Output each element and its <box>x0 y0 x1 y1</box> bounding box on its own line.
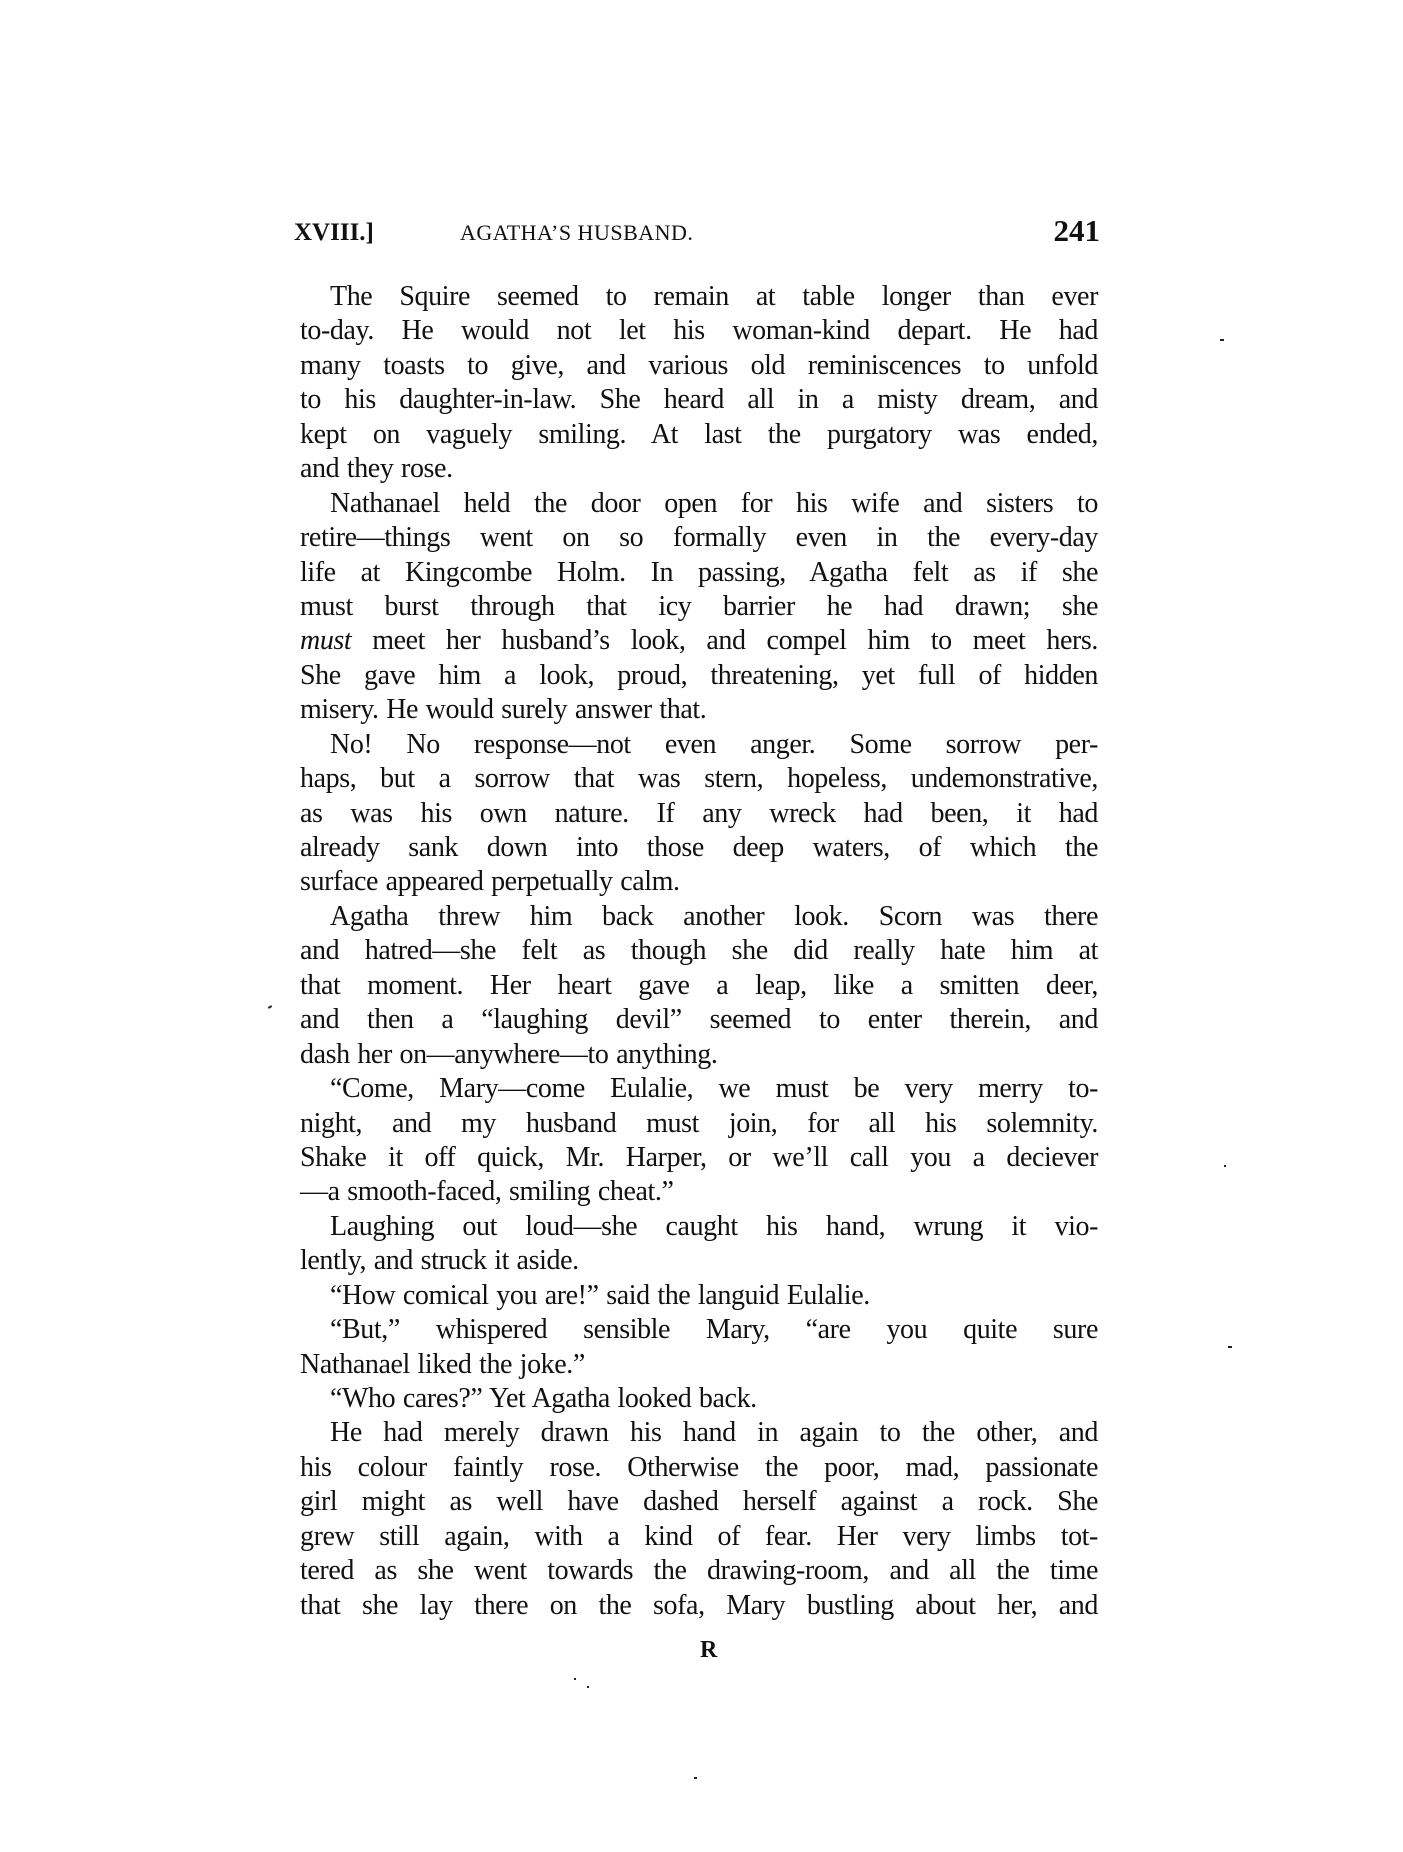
scan-speck <box>574 1678 576 1680</box>
text-line: many toasts to give, and various old rem… <box>300 349 1098 383</box>
chapter-number: XVIII.] <box>294 216 374 250</box>
text-line: that moment. Her heart gave a leap, like… <box>300 969 1098 1003</box>
text-line: The Squire seemed to remain at table lon… <box>300 280 1098 314</box>
text-line: misery. He would surely answer that. <box>300 693 1098 727</box>
text-line: “Who cares?” Yet Agatha looked back. <box>300 1382 1098 1416</box>
scan-speck <box>587 1686 589 1688</box>
page-number: 241 <box>1054 214 1101 248</box>
text-line: girl might as well have dashed herself a… <box>300 1485 1098 1519</box>
text-line: “But,” whispered sensible Mary, “are you… <box>300 1313 1098 1347</box>
text-line: dash her on—anywhere—to anything. <box>300 1038 1098 1072</box>
text-line: Shake it off quick, Mr. Harper, or we’ll… <box>300 1141 1098 1175</box>
text-line: Nathanael liked the joke.” <box>300 1348 1098 1382</box>
text-line: must meet her husband’s look, and compel… <box>300 624 1098 658</box>
signature-mark: R <box>700 1636 717 1664</box>
text-line: his colour faintly rose. Otherwise the p… <box>300 1451 1098 1485</box>
text-line: —a smooth-faced, smiling cheat.” <box>300 1175 1098 1209</box>
text-line: already sank down into those deep waters… <box>300 831 1098 865</box>
text-line: kept on vaguely smiling. At last the pur… <box>300 418 1098 452</box>
text-line: and hatred—she felt as though she did re… <box>300 934 1098 968</box>
text-line: surface appeared perpetually calm. <box>300 865 1098 899</box>
text-line: “How comical you are!” said the languid … <box>300 1279 1098 1313</box>
text-line: He had merely drawn his hand in again to… <box>300 1416 1098 1450</box>
text-line: “Come, Mary—come Eulalie, we must be ver… <box>300 1072 1098 1106</box>
text-line: lently, and struck it aside. <box>300 1244 1098 1278</box>
italic-emphasis: must <box>300 625 351 656</box>
text-line: to-day. He would not let his woman-kind … <box>300 314 1098 348</box>
text-line: Nathanael held the door open for his wif… <box>300 487 1098 521</box>
text-line: life at Kingcombe Holm. In passing, Agat… <box>300 556 1098 590</box>
text-line: grew still again, with a kind of fear. H… <box>300 1520 1098 1554</box>
text-line: as was his own nature. If any wreck had … <box>300 797 1098 831</box>
text-line: and they rose. <box>300 452 1098 486</box>
text-line: No! No response—not even anger. Some sor… <box>300 728 1098 762</box>
scan-speck <box>1220 339 1224 341</box>
text-line: Agatha threw him back another look. Scor… <box>300 900 1098 934</box>
text-line: tered as she went towards the drawing-ro… <box>300 1554 1098 1588</box>
scan-speck <box>1228 1346 1232 1348</box>
text-line: to his daughter-in-law. She heard all in… <box>300 383 1098 417</box>
text-line: must burst through that icy barrier he h… <box>300 590 1098 624</box>
text-line: Laughing out loud—she caught his hand, w… <box>300 1210 1098 1244</box>
text-line: that she lay there on the sofa, Mary bus… <box>300 1589 1098 1623</box>
text-line: and then a “laughing devil” seemed to en… <box>300 1003 1098 1037</box>
text-line: retire—things went on so formally even i… <box>300 521 1098 555</box>
text-line: night, and my husband must join, for all… <box>300 1107 1098 1141</box>
scan-speck <box>694 1777 697 1779</box>
running-head: XVIII.] AGATHA’S HUSBAND. 241 <box>300 216 1098 250</box>
running-title: AGATHA’S HUSBAND. <box>460 216 693 250</box>
text-line: She gave him a look, proud, threatening,… <box>300 659 1098 693</box>
text-line: haps, but a sorrow that was stern, hopel… <box>300 762 1098 796</box>
body-text: The Squire seemed to remain at table lon… <box>300 280 1098 1623</box>
scan-speck <box>268 1005 272 1009</box>
scan-speck <box>1224 1165 1226 1167</box>
